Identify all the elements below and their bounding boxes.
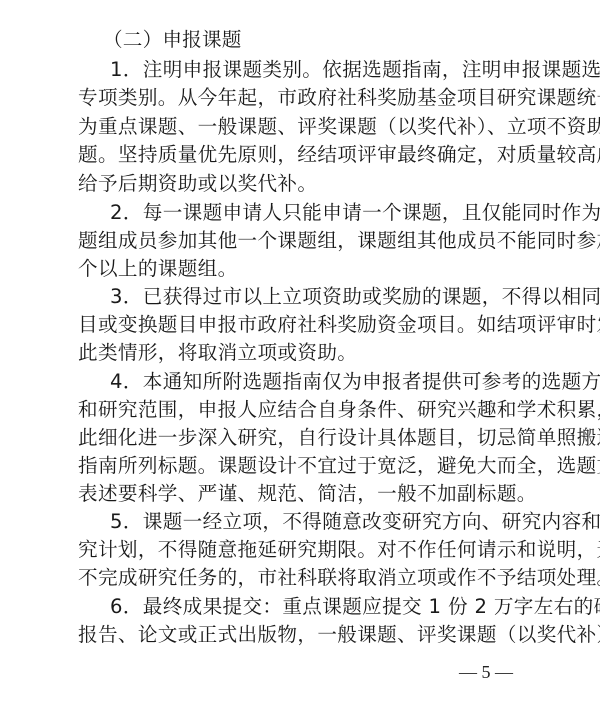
page-number: — 5 — bbox=[456, 660, 516, 684]
paragraph-5-line-1: 5．课题一经立项，不得随意改变研究方向、研究内容和研 bbox=[110, 508, 526, 536]
paragraph-4-line-4: 指南所列标题。课题设计不宜过于宽泛，避免大而全，选题文字 bbox=[78, 452, 526, 480]
document-page: （二）申报课题 1．注明申报课题类别。依据选题指南，注明申报课题选题 专项类别。… bbox=[0, 0, 600, 708]
paragraph-1-line-2: 专项类别。从今年起，市政府社科奖励基金项目研究课题统一分 bbox=[78, 84, 526, 112]
section-heading: （二）申报课题 bbox=[103, 26, 242, 54]
paragraph-4-line-2: 和研究范围，申报人应结合自身条件、研究兴趣和学术积累，据 bbox=[78, 396, 526, 424]
paragraph-4-line-3: 此细化进一步深入研究，自行设计具体题目，切忌简单照搬选题 bbox=[78, 424, 526, 452]
paragraph-2-line-2: 题组成员参加其他一个课题组，课题组其他成员不能同时参加两 bbox=[78, 227, 526, 255]
paragraph-5-line-2: 究计划，不得随意拖延研究期限。对不作任何请示和说明，无故 bbox=[78, 536, 526, 564]
paragraph-3-line-2: 目或变换题目申报市政府社科奖励资金项目。如结项评审时发现 bbox=[78, 311, 526, 339]
paragraph-4-line-1: 4．本通知所附选题指南仅为申报者提供可参考的选题方向 bbox=[110, 368, 526, 396]
paragraph-5-line-3: 不完成研究任务的，市社科联将取消立项或作不予结项处理。 bbox=[78, 564, 526, 592]
paragraph-6-line-1: 6．最终成果提交：重点课题应提交 1 份 2 万字左右的研究 bbox=[110, 593, 526, 621]
paragraph-1-line-4: 题。坚持质量优先原则，经结项评审最终确定，对质量较高成果 bbox=[78, 141, 526, 169]
paragraph-1-line-5: 给予后期资助或以奖代补。 bbox=[78, 170, 526, 198]
paragraph-3-line-3: 此类情形，将取消立项或资助。 bbox=[78, 339, 526, 367]
paragraph-2-line-3: 个以上的课题组。 bbox=[78, 255, 526, 283]
paragraph-4-line-5: 表述要科学、严谨、规范、简洁，一般不加副标题。 bbox=[78, 480, 526, 508]
paragraph-2-line-1: 2．每一课题申请人只能申请一个课题，且仅能同时作为课 bbox=[110, 199, 526, 227]
paragraph-1-line-1: 1．注明申报课题类别。依据选题指南，注明申报课题选题 bbox=[110, 56, 526, 84]
paragraph-6-line-2: 报告、论文或正式出版物，一般课题、评奖课题（以奖代补）应 bbox=[78, 621, 526, 649]
paragraph-3-line-1: 3．已获得过市以上立项资助或奖励的课题，不得以相同题 bbox=[110, 283, 526, 311]
paragraph-1-line-3: 为重点课题、一般课题、评奖课题（以奖代补）、立项不资助课 bbox=[78, 113, 526, 141]
